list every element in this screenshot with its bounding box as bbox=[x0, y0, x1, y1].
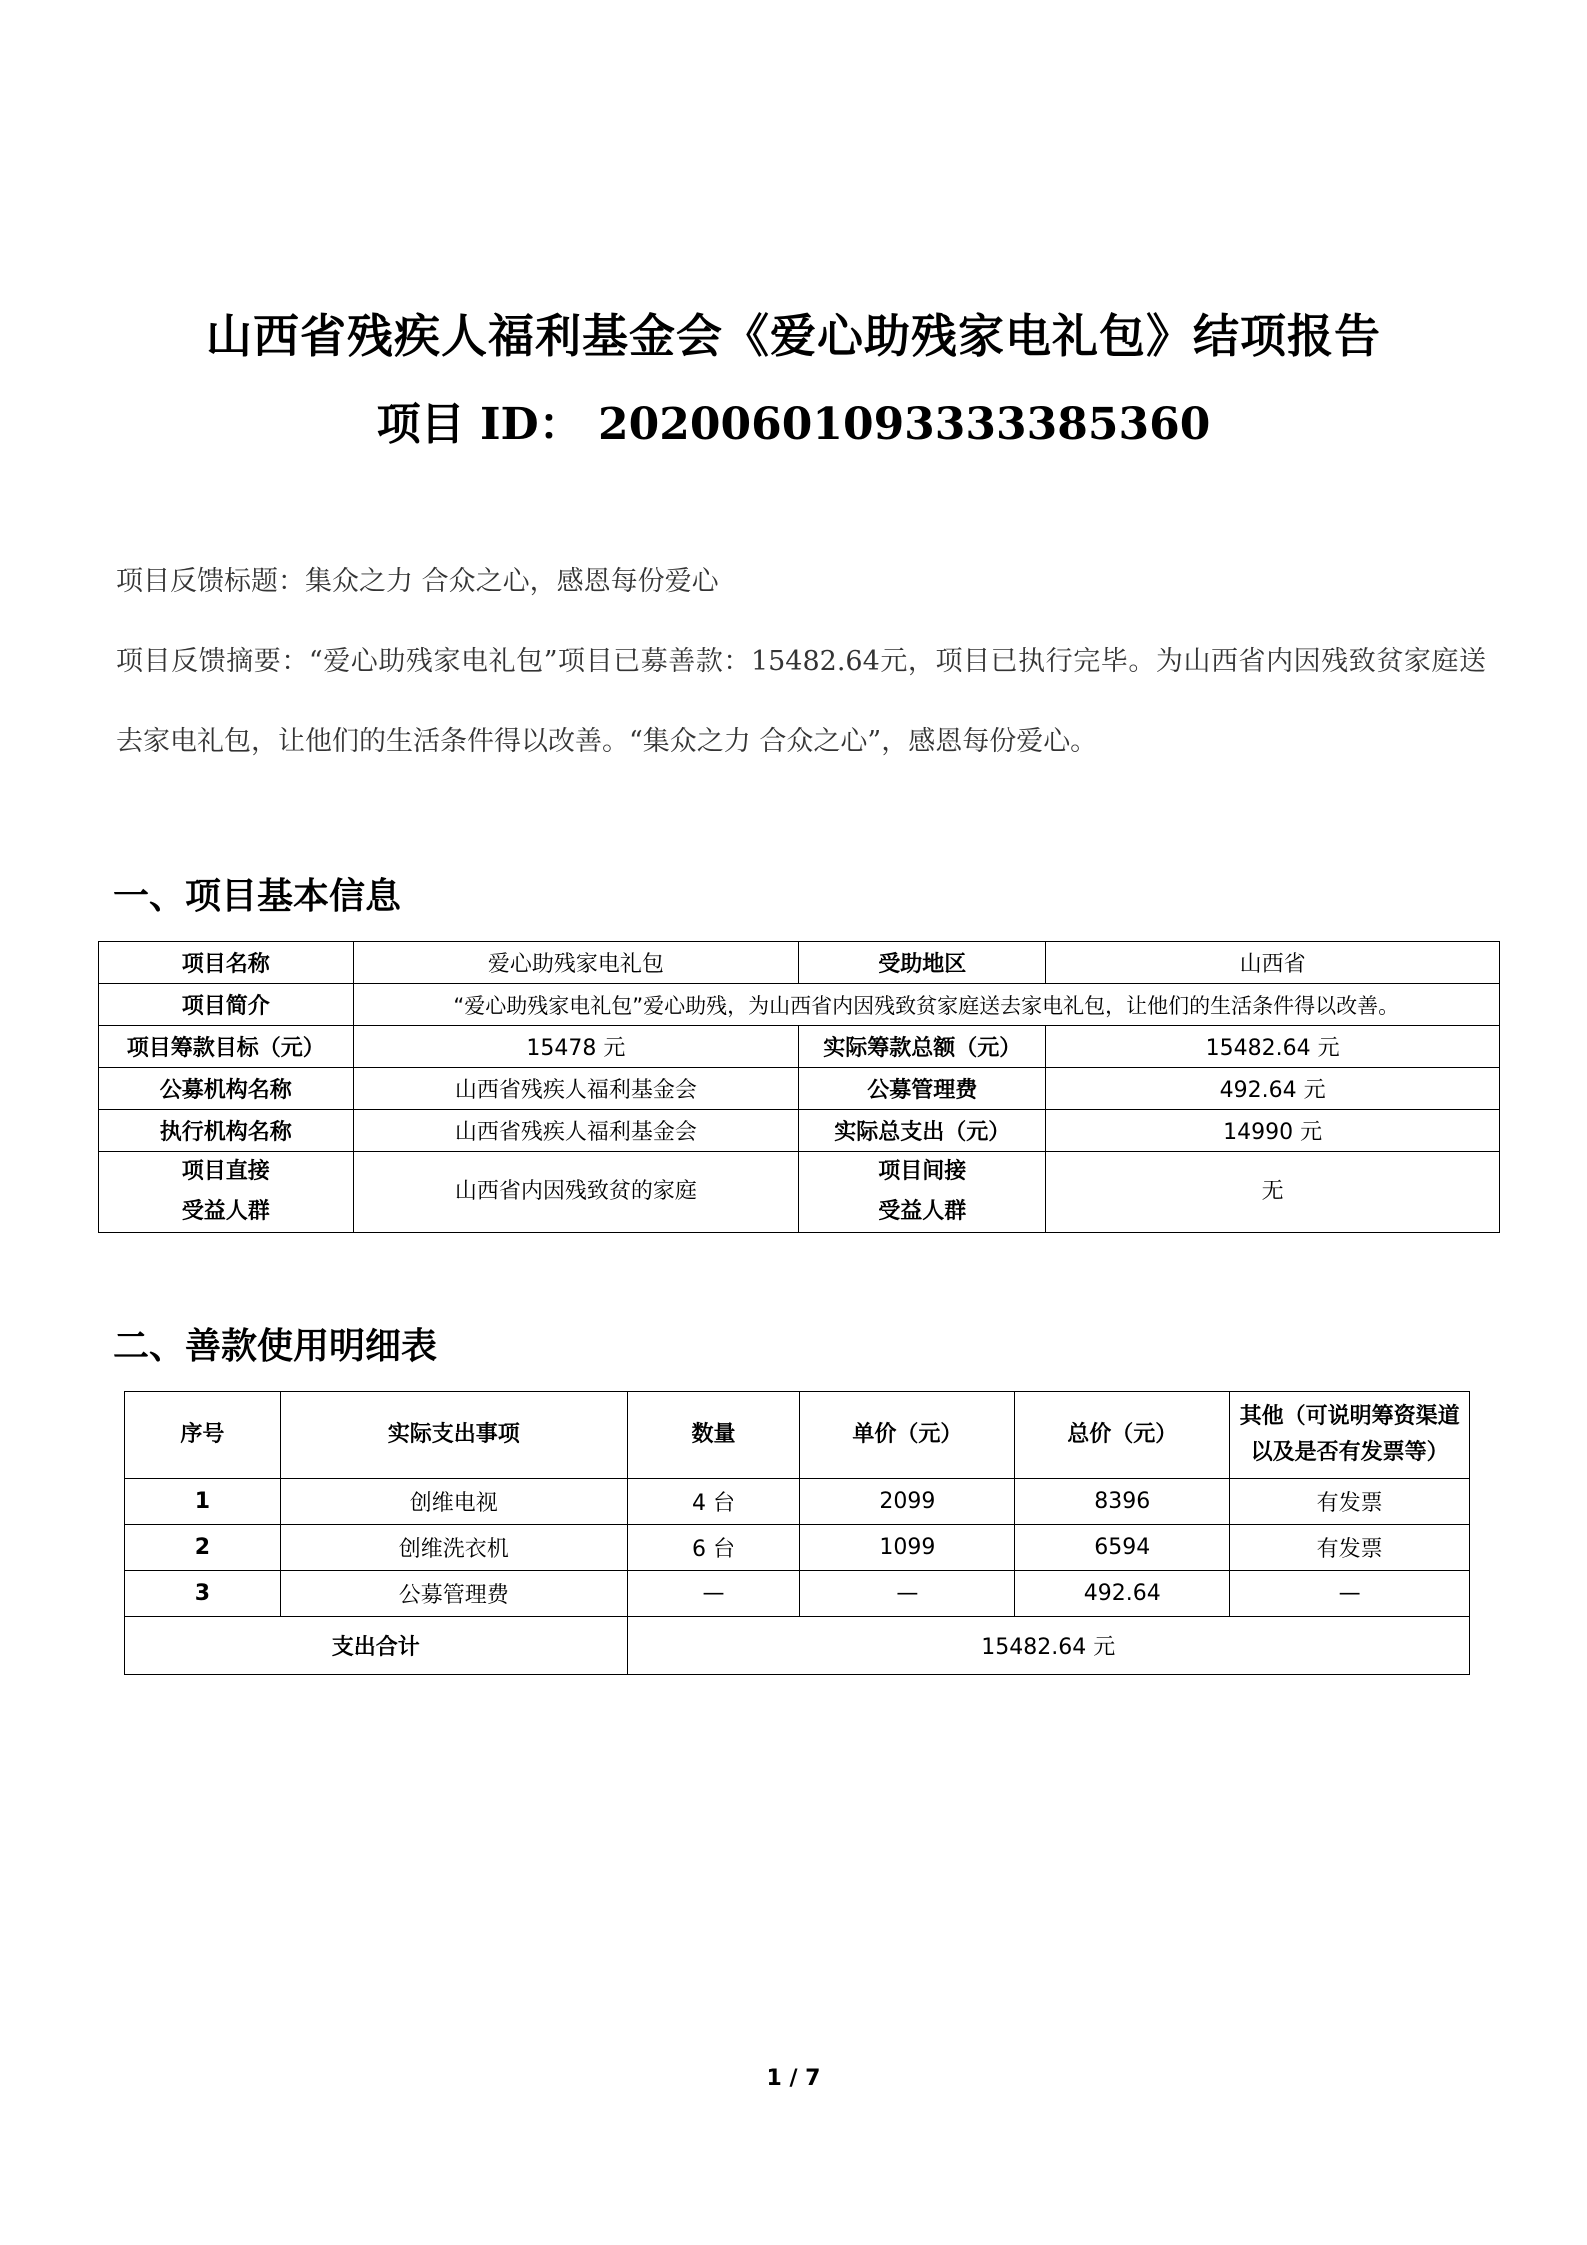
cell-item: 公募管理费 bbox=[280, 1571, 627, 1617]
cell-total-price: 492.64 bbox=[1015, 1571, 1230, 1617]
total-value: 15482.64 元 bbox=[627, 1617, 1469, 1675]
cell-item: 创维电视 bbox=[280, 1479, 627, 1525]
value-cell: 15482.64 元 bbox=[1046, 1026, 1500, 1068]
column-header: 其他（可说明筹资渠道以及是否有发票等） bbox=[1230, 1392, 1470, 1479]
label-cell: 实际总支出（元） bbox=[799, 1110, 1046, 1152]
label-cell: 项目直接受益人群 bbox=[99, 1152, 354, 1233]
table-row: 1 创维电视 4 台 2099 8396 有发票 bbox=[125, 1479, 1470, 1525]
table-row: 项目筹款目标（元） 15478 元 实际筹款总额（元） 15482.64 元 bbox=[99, 1026, 1500, 1068]
cell-qty: — bbox=[627, 1571, 800, 1617]
column-header: 实际支出事项 bbox=[280, 1392, 627, 1479]
feedback-title: 项目反馈标题：集众之力 合众之心，感恩每份爱心 bbox=[116, 542, 1486, 622]
cell-item: 创维洗衣机 bbox=[280, 1525, 627, 1571]
label-cell: 项目间接受益人群 bbox=[799, 1152, 1046, 1233]
value-cell: 无 bbox=[1046, 1152, 1500, 1233]
cell-other: — bbox=[1230, 1571, 1470, 1617]
table-row: 项目简介 “爱心助残家电礼包”爱心助残，为山西省内因残致贫家庭送去家电礼包，让他… bbox=[99, 984, 1500, 1026]
cell-no: 2 bbox=[125, 1525, 281, 1571]
cell-qty: 4 台 bbox=[627, 1479, 800, 1525]
column-header: 总价（元） bbox=[1015, 1392, 1230, 1479]
feedback-summary: 项目反馈摘要：“爱心助残家电礼包”项目已募善款：15482.64元，项目已执行完… bbox=[116, 622, 1486, 782]
cell-unit-price: 1099 bbox=[800, 1525, 1015, 1571]
feedback-summary-text: “爱心助残家电礼包”项目已募善款：15482.64元，项目已执行完毕。为山西省内… bbox=[116, 646, 1486, 757]
label-cell: 受助地区 bbox=[799, 942, 1046, 984]
value-cell: “爱心助残家电礼包”爱心助残，为山西省内因残致贫家庭送去家电礼包，让他们的生活条… bbox=[353, 984, 1499, 1026]
report-title: 山西省残疾人福利基金会《爱心助残家电礼包》结项报告 bbox=[0, 300, 1587, 366]
value-cell: 492.64 元 bbox=[1046, 1068, 1500, 1110]
value-cell: 山西省 bbox=[1046, 942, 1500, 984]
column-header: 单价（元） bbox=[800, 1392, 1015, 1479]
project-id-value: 20200601093333385360 bbox=[598, 399, 1210, 450]
label-line: 受益人群 bbox=[103, 1192, 349, 1232]
table-row: 公募机构名称 山西省残疾人福利基金会 公募管理费 492.64 元 bbox=[99, 1068, 1500, 1110]
label-line: 受益人群 bbox=[803, 1192, 1041, 1232]
label-line: 项目间接 bbox=[803, 1152, 1041, 1192]
table-row: 2 创维洗衣机 6 台 1099 6594 有发票 bbox=[125, 1525, 1470, 1571]
label-cell: 项目名称 bbox=[99, 942, 354, 984]
label-line: 项目直接 bbox=[103, 1152, 349, 1192]
label-cell: 执行机构名称 bbox=[99, 1110, 354, 1152]
cell-unit-price: — bbox=[800, 1571, 1015, 1617]
label-cell: 项目简介 bbox=[99, 984, 354, 1026]
feedback-title-text: 集众之力 合众之心，感恩每份爱心 bbox=[305, 566, 719, 597]
value-cell: 山西省内因残致贫的家庭 bbox=[353, 1152, 799, 1233]
value-cell: 爱心助残家电礼包 bbox=[353, 942, 799, 984]
table-row: 项目直接受益人群 山西省内因残致贫的家庭 项目间接受益人群 无 bbox=[99, 1152, 1500, 1233]
label-cell: 公募管理费 bbox=[799, 1068, 1046, 1110]
label-cell: 实际筹款总额（元） bbox=[799, 1026, 1046, 1068]
cell-no: 3 bbox=[125, 1571, 281, 1617]
column-header: 序号 bbox=[125, 1392, 281, 1479]
basic-info-table: 项目名称 爱心助残家电礼包 受助地区 山西省 项目简介 “爱心助残家电礼包”爱心… bbox=[98, 941, 1500, 1233]
cell-other: 有发票 bbox=[1230, 1479, 1470, 1525]
table-row: 3 公募管理费 — — 492.64 — bbox=[125, 1571, 1470, 1617]
table-header-row: 序号 实际支出事项 数量 单价（元） 总价（元） 其他（可说明筹资渠道以及是否有… bbox=[125, 1392, 1470, 1479]
value-cell: 山西省残疾人福利基金会 bbox=[353, 1068, 799, 1110]
expense-detail-table: 序号 实际支出事项 数量 单价（元） 总价（元） 其他（可说明筹资渠道以及是否有… bbox=[124, 1391, 1470, 1675]
project-id-label: 项目 ID： bbox=[377, 399, 583, 450]
cell-no: 1 bbox=[125, 1479, 281, 1525]
value-cell: 14990 元 bbox=[1046, 1110, 1500, 1152]
table-row: 执行机构名称 山西省残疾人福利基金会 实际总支出（元） 14990 元 bbox=[99, 1110, 1500, 1152]
section-heading-expense-detail: 二、善款使用明细表 bbox=[113, 1318, 437, 1369]
table-row: 项目名称 爱心助残家电礼包 受助地区 山西省 bbox=[99, 942, 1500, 984]
feedback-title-label: 项目反馈标题： bbox=[116, 566, 305, 597]
cell-qty: 6 台 bbox=[627, 1525, 800, 1571]
project-id: 项目 ID： 20200601093333385360 bbox=[0, 388, 1587, 452]
cell-total-price: 8396 bbox=[1015, 1479, 1230, 1525]
page-number: 1 / 7 bbox=[0, 2066, 1587, 2091]
label-cell: 项目筹款目标（元） bbox=[99, 1026, 354, 1068]
value-cell: 山西省残疾人福利基金会 bbox=[353, 1110, 799, 1152]
value-cell: 15478 元 bbox=[353, 1026, 799, 1068]
cell-other: 有发票 bbox=[1230, 1525, 1470, 1571]
label-cell: 公募机构名称 bbox=[99, 1068, 354, 1110]
total-label: 支出合计 bbox=[125, 1617, 628, 1675]
column-header: 数量 bbox=[627, 1392, 800, 1479]
feedback-summary-label: 项目反馈摘要： bbox=[116, 646, 309, 677]
section-heading-basic-info: 一、项目基本信息 bbox=[113, 868, 401, 919]
cell-unit-price: 2099 bbox=[800, 1479, 1015, 1525]
table-total-row: 支出合计 15482.64 元 bbox=[125, 1617, 1470, 1675]
cell-total-price: 6594 bbox=[1015, 1525, 1230, 1571]
